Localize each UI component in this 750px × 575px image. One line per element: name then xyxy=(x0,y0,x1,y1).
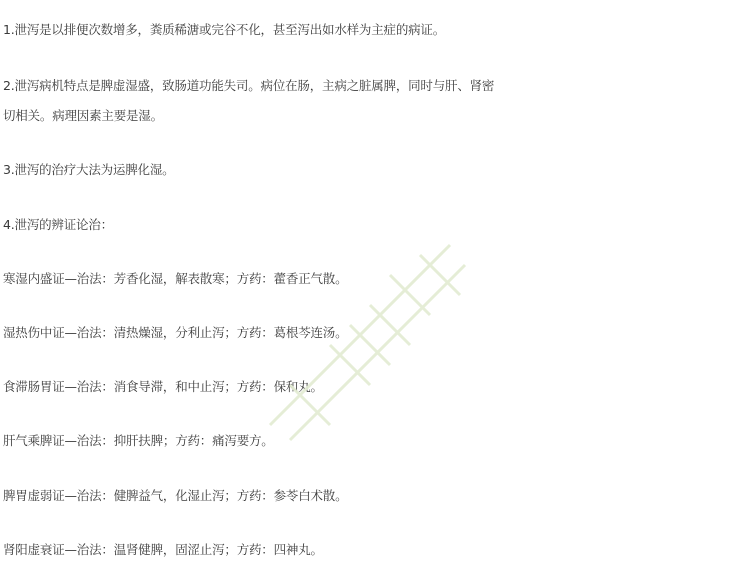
paragraph-definition: 1.泄泻是以排便次数增多，粪质稀溏或完谷不化，甚至泻出如水样为主症的病证。 xyxy=(3,22,445,38)
paragraph-pathogenesis: 2.泄泻病机特点是脾虚湿盛，致肠道功能失司。病位在肠，主病之脏属脾，同时与肝、肾… xyxy=(3,78,494,94)
syndrome-damp-heat: 湿热伤中证—治法：清热燥湿，分利止泻；方药：葛根芩连汤。 xyxy=(3,325,347,341)
syndrome-cold-damp: 寒湿内盛证—治法：芳香化湿，解表散寒；方药：藿香正气散。 xyxy=(3,271,347,287)
syndrome-kidney-yang-deficiency: 肾阳虚衰证—治法：温肾健脾，固涩止泻；方药：四神丸。 xyxy=(3,542,323,558)
paragraph-differentiation-heading: 4.泄泻的辨证论治： xyxy=(3,217,113,233)
syndrome-spleen-stomach-deficiency: 脾胃虚弱证—治法：健脾益气，化湿止泻；方药：参苓白术散。 xyxy=(3,488,347,504)
watermark-icon xyxy=(250,235,480,465)
syndrome-food-stagnation: 食滞肠胃证—治法：消食导滞，和中止泻；方药：保和丸。 xyxy=(3,379,323,395)
paragraph-pathogenesis-continued: 切相关。病理因素主要是湿。 xyxy=(3,108,163,124)
syndrome-liver-qi: 肝气乘脾证—治法：抑肝扶脾；方药：痛泻要方。 xyxy=(3,433,274,449)
paragraph-treatment-principle: 3.泄泻的治疗大法为运脾化湿。 xyxy=(3,162,174,178)
document-body: 1.泄泻是以排便次数增多，粪质稀溏或完谷不化，甚至泻出如水样为主症的病证。 2.… xyxy=(0,0,750,575)
